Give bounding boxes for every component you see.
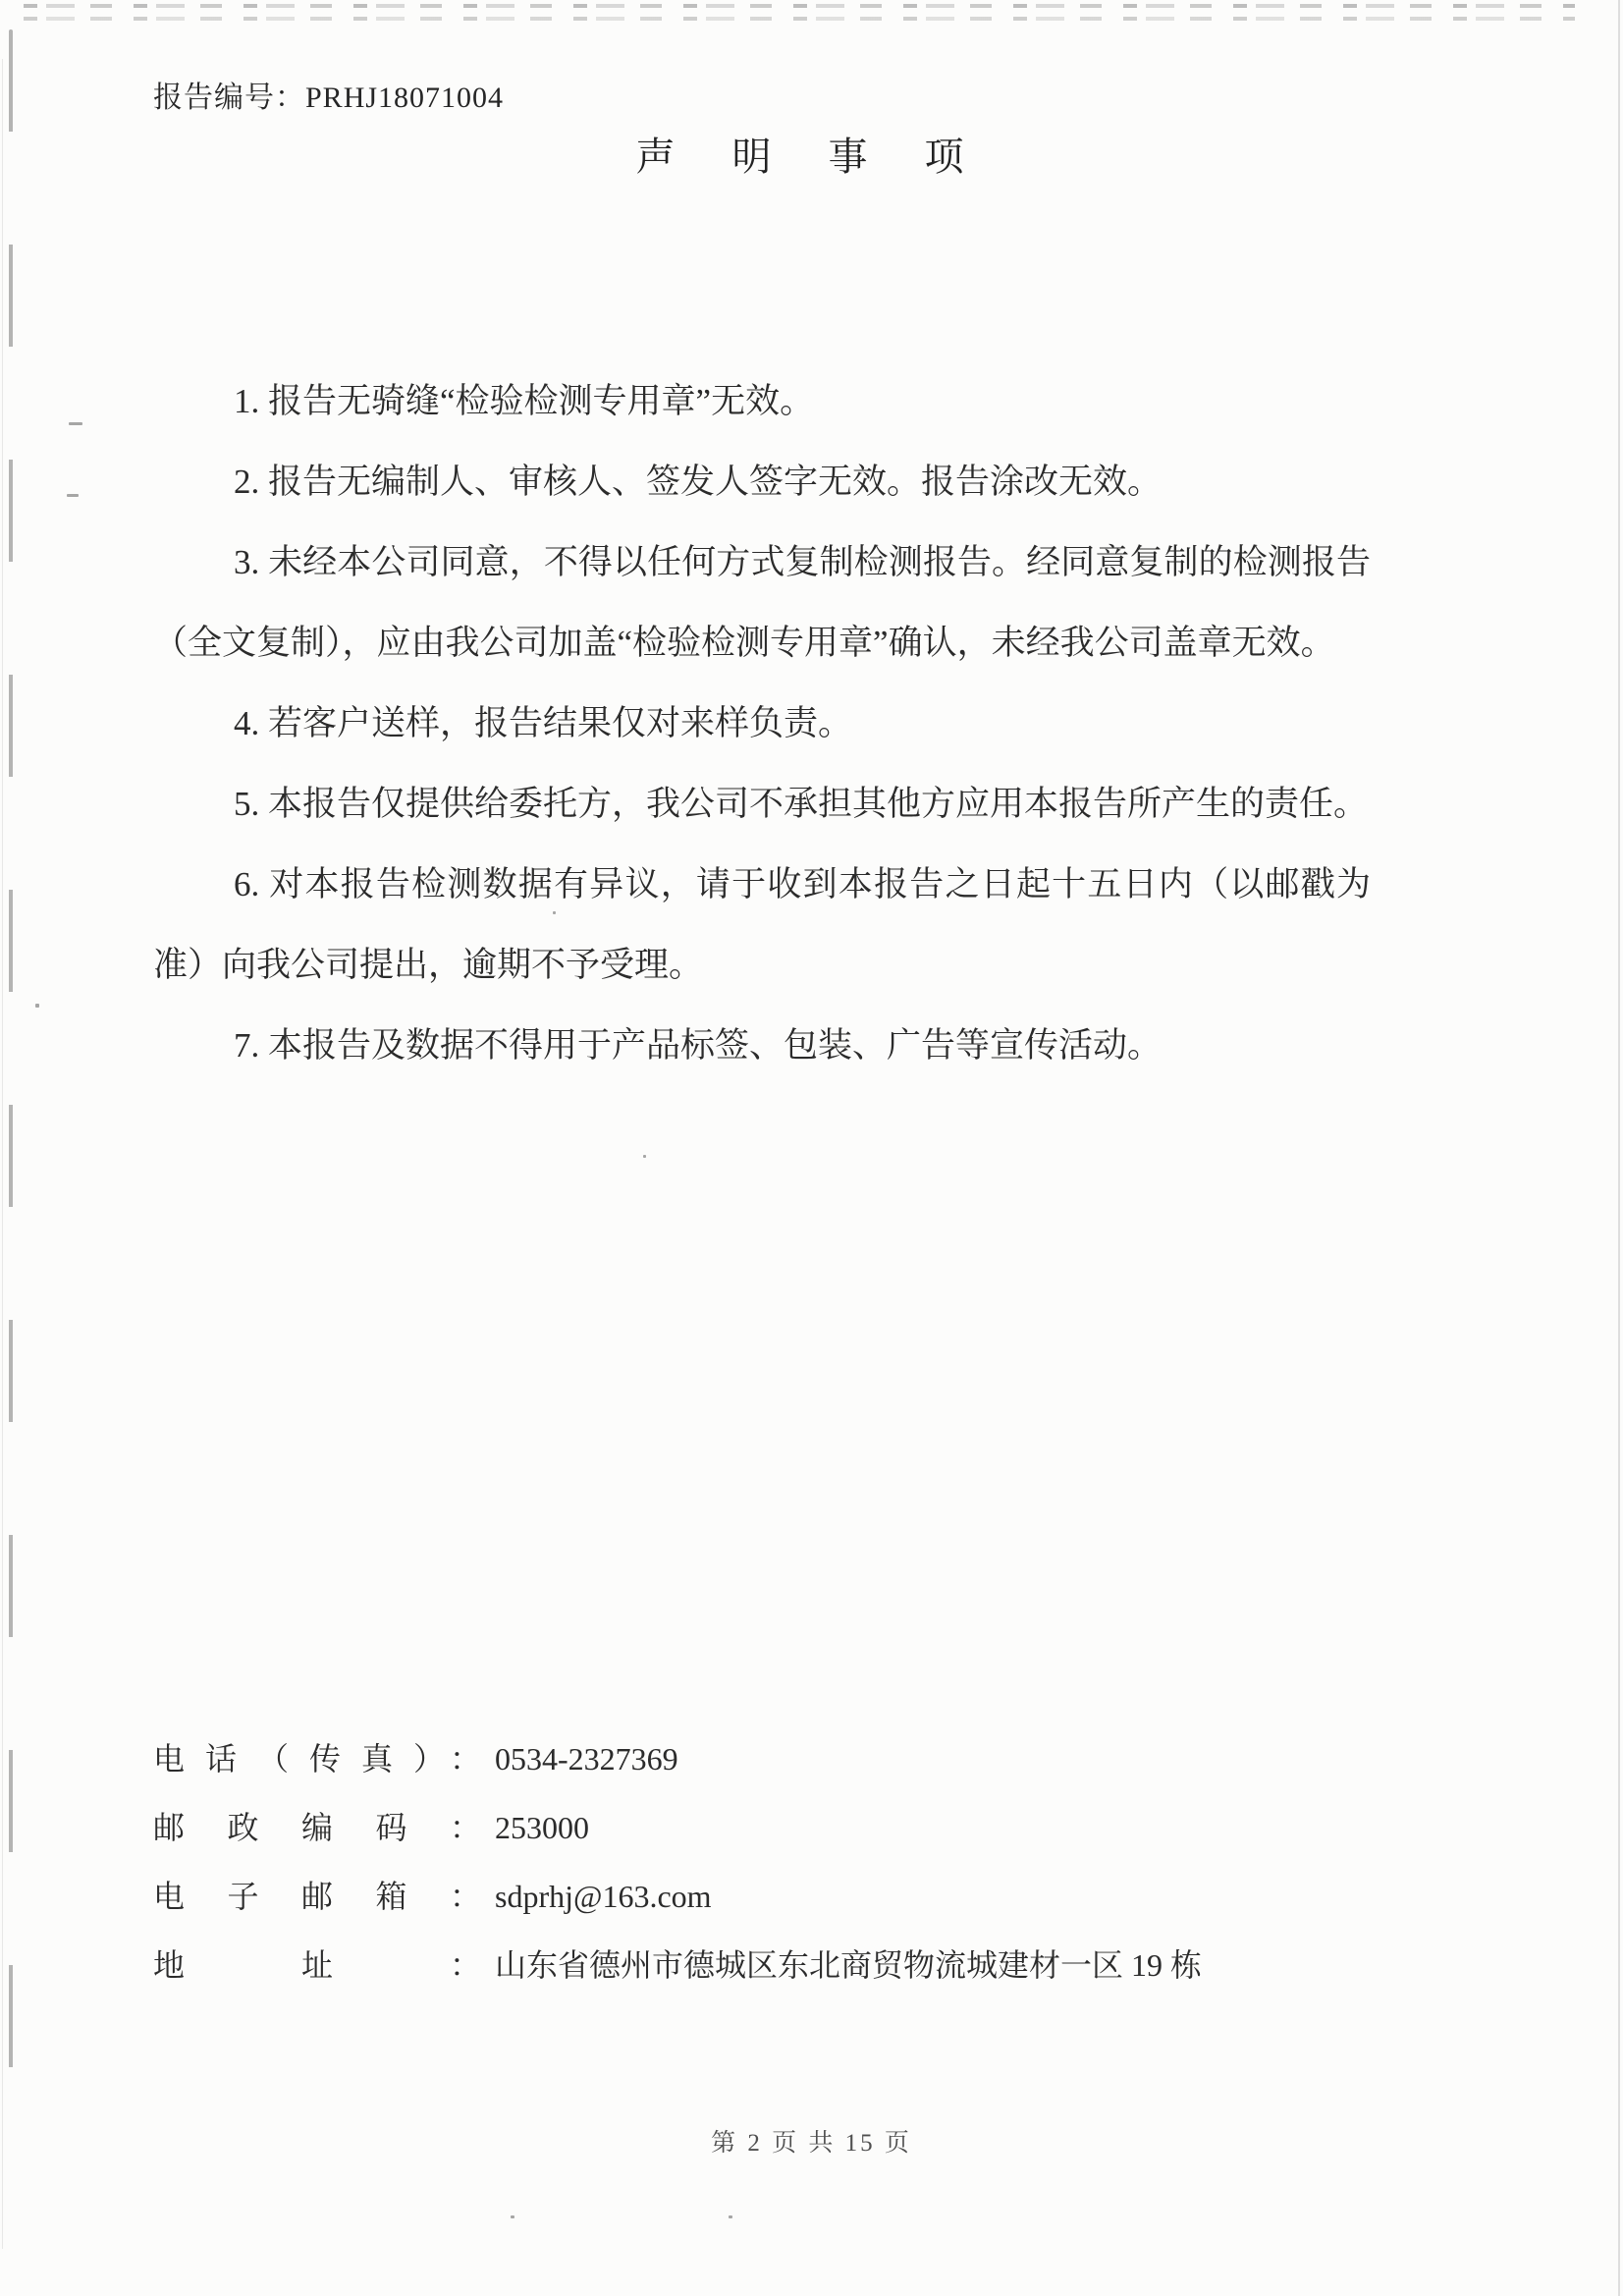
scan-speck: [69, 422, 82, 425]
contact-line-address: 地址：山东省德州市德城区东北商贸物流城建材一区 19 栋: [153, 1931, 1202, 1999]
scan-speck: [553, 911, 556, 914]
statement-item-2: 2. 报告无编制人、审核人、签发人签字无效。报告涂改无效。: [153, 442, 1371, 522]
phone-value: 0534-2327369: [481, 1741, 678, 1777]
postcode-value: 253000: [481, 1810, 589, 1845]
contact-block: 电话（传真）：0534-2327369 邮政编码：253000 电子邮箱：sdp…: [153, 1724, 1202, 1999]
scan-noise-top-row1: [24, 4, 1575, 8]
report-number-line: 报告编号：PRHJ18071004: [153, 73, 504, 116]
scan-binding-marks: [9, 29, 13, 2077]
report-number-label: 报告编号：: [153, 82, 305, 114]
statement-list: 1. 报告无骑缝“检验检测专用章”无效。 2. 报告无编制人、审核人、签发人签字…: [153, 361, 1371, 1086]
scan-speck: [643, 1155, 646, 1158]
page-footer: 第 2 页 共 15 页: [0, 2123, 1623, 2159]
contact-line-email: 电子邮箱：sdprhj@163.com: [153, 1862, 1202, 1931]
contact-line-postcode: 邮政编码：253000: [153, 1793, 1202, 1862]
statement-item-7: 7. 本报告及数据不得用于产品标签、包装、广告等宣传活动。: [153, 1006, 1371, 1086]
contact-line-phone: 电话（传真）：0534-2327369: [153, 1724, 1202, 1793]
postcode-label: 邮政编码：: [153, 1793, 481, 1862]
scan-speck: [729, 2215, 732, 2218]
report-number-value: PRHJ18071004: [305, 82, 504, 114]
email-value: sdprhj@163.com: [481, 1879, 712, 1914]
statement-item-4: 4. 若客户送样，报告结果仅对来样负责。: [153, 683, 1371, 764]
phone-label: 电话（传真）：: [153, 1724, 481, 1793]
address-value: 山东省德州市德城区东北商贸物流城建材一区 19 栋: [481, 1947, 1202, 1983]
page-title: 声 明 事 项: [0, 126, 1623, 182]
statement-item-3: 3. 未经本公司同意，不得以任何方式复制检测报告。经同意复制的检测报告（全文复制…: [153, 522, 1371, 683]
scan-page-edge-right: [1618, 0, 1620, 2296]
statement-item-1: 1. 报告无骑缝“检验检测专用章”无效。: [153, 361, 1371, 442]
scan-noise-top-row2: [24, 17, 1575, 21]
email-label: 电子邮箱：: [153, 1862, 481, 1931]
scan-speck: [35, 1004, 39, 1008]
scan-speck: [67, 494, 79, 497]
address-label: 地址：: [153, 1931, 481, 1999]
scan-page-edge-left: [2, 59, 3, 2249]
report-page: 报告编号：PRHJ18071004 声 明 事 项 1. 报告无骑缝“检验检测专…: [0, 0, 1623, 2296]
statement-item-5: 5. 本报告仅提供给委托方，我公司不承担其他方应用本报告所产生的责任。: [153, 764, 1371, 845]
statement-item-6: 6. 对本报告检测数据有异议，请于收到本报告之日起十五日内（以邮戳为准）向我公司…: [153, 845, 1371, 1006]
scan-speck: [511, 2215, 514, 2218]
